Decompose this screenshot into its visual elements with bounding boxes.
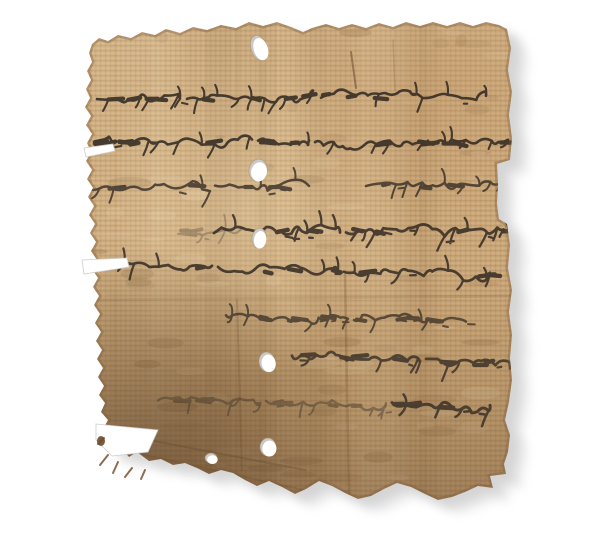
frayed-fiber bbox=[141, 470, 145, 479]
frayed-fiber bbox=[125, 468, 132, 477]
photo-canvas bbox=[0, 0, 600, 542]
frayed-fiber bbox=[113, 462, 118, 473]
papyrus-photo-svg bbox=[0, 0, 600, 542]
edge-slit bbox=[96, 424, 158, 456]
papyrus-hole bbox=[260, 438, 276, 457]
frayed-fiber-clump bbox=[97, 436, 105, 446]
frayed-fiber bbox=[100, 455, 108, 465]
